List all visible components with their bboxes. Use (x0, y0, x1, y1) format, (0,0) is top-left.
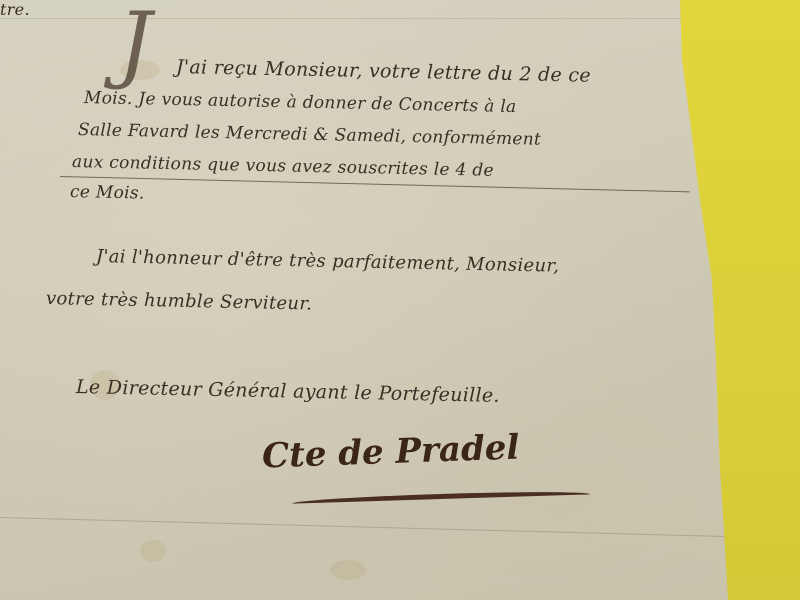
closing-line-1: J'ai l'honneur d'être très parfaitement,… (96, 246, 560, 277)
director-title-line: Le Directeur Général ayant le Portefeuil… (76, 376, 500, 407)
letter-line-2: Mois. Je vous autorise à donner de Conce… (84, 88, 517, 117)
letter-line-4: aux conditions que vous avez souscrites … (72, 152, 494, 181)
ruled-line (60, 176, 690, 192)
top-fragment-text: tre. (0, 0, 30, 19)
fold-line (0, 517, 725, 537)
capital-j-flourish: J (118, 0, 152, 92)
paper-stain (330, 560, 366, 580)
letter-line-1: J'ai reçu Monsieur, votre lettre du 2 de… (176, 56, 591, 87)
letter-line-5: ce Mois. (70, 182, 145, 204)
closing-line-2: votre très humble Serviteur. (46, 288, 313, 315)
letter-line-3: Salle Favard les Mercredi & Samedi, conf… (78, 120, 542, 150)
photo-scene: tre. J J'ai reçu Monsieur, votre lettre … (0, 0, 800, 600)
signature-underline (292, 489, 590, 503)
fold-line (0, 18, 690, 19)
paper-stain (140, 540, 166, 562)
letter-paper: tre. J J'ai reçu Monsieur, votre lettre … (0, 0, 800, 600)
signature: Cte de Pradel (261, 428, 520, 477)
